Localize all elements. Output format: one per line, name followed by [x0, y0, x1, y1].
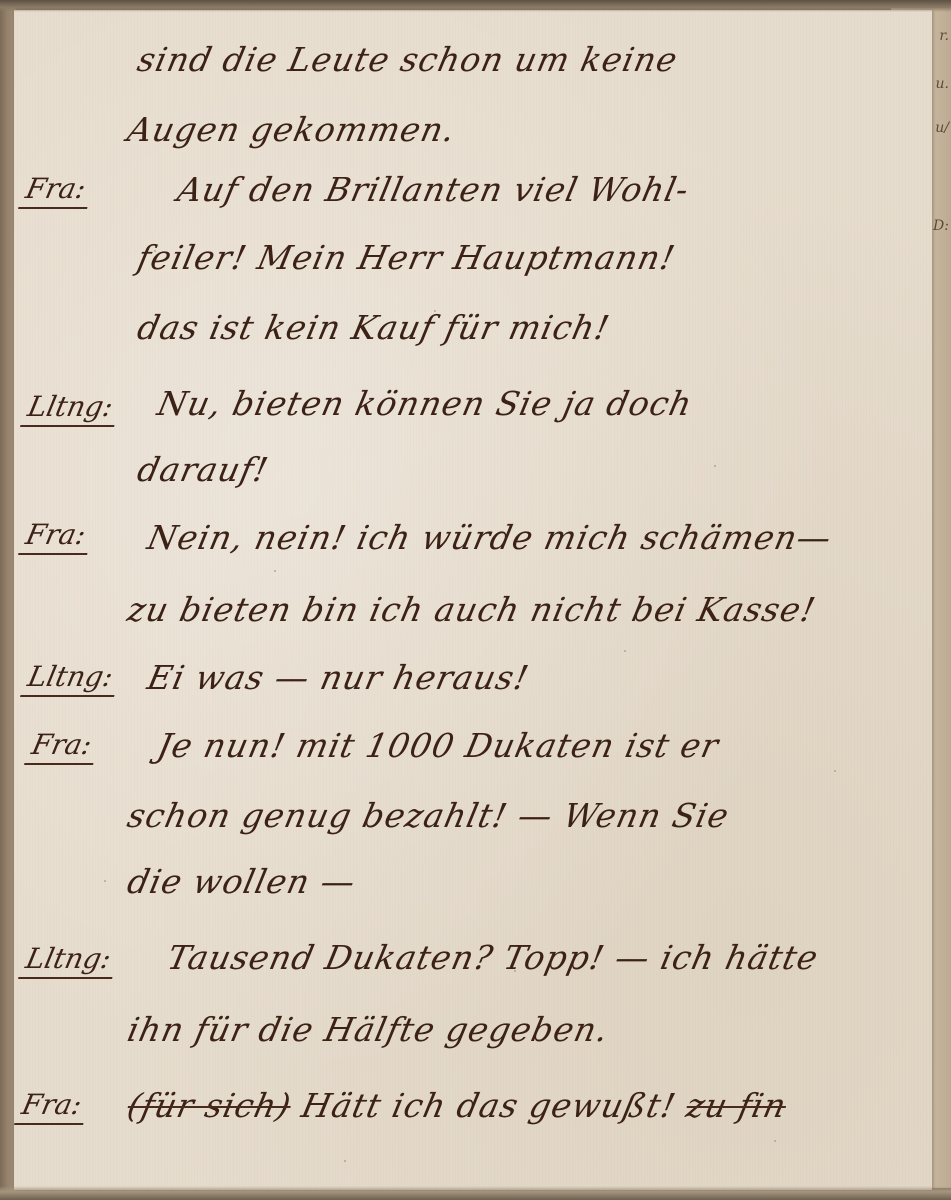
text-line: darauf! — [134, 450, 272, 489]
adjacent-page-fragment: u. — [936, 76, 949, 92]
adjacent-page-fragment: D: — [933, 218, 949, 234]
adjacent-page-fragment: u/ — [935, 120, 949, 136]
text-line: ihn für die Hälfte gegeben. — [124, 1010, 612, 1049]
line-text: Hätt ich das gewußt! — [298, 1086, 679, 1125]
text-line: (für sich) Hätt ich das gewußt! zu fin — [124, 1086, 790, 1125]
struck-word: zu fin — [683, 1086, 790, 1125]
manuscript-scan: r. u. u/ D: sind die Leute schon um kein… — [0, 0, 951, 1200]
text-line: sind die Leute schon um keine — [134, 40, 682, 79]
struck-stage-direction: (für sich) — [124, 1086, 295, 1125]
text-line: schon genug bezahlt! — Wenn Sie — [124, 796, 733, 835]
manuscript-page: sind die Leute schon um keine Augen geko… — [14, 10, 932, 1190]
text-line: Tausend Dukaten? Topp! — ich hätte — [164, 938, 822, 977]
text-line: die wollen — — [124, 862, 359, 901]
adjacent-page-fragment: r. — [939, 28, 949, 44]
text-line: Je nun! mit 1000 Dukaten ist er — [154, 726, 723, 765]
speaker-label: Lltng: — [20, 660, 122, 697]
text-line: Ei was — nur heraus! — [144, 658, 533, 697]
speaker-label: Fra: — [18, 518, 95, 555]
text-line: feiler! Mein Herr Hauptmann! — [134, 238, 679, 277]
speaker-label: Lltng: — [20, 390, 122, 427]
speaker-label: Fra: — [18, 172, 95, 209]
text-line: zu bieten bin ich auch nicht bei Kasse! — [124, 590, 820, 629]
page-bottom-shadow — [0, 1186, 951, 1200]
speaker-label: Lltng: — [18, 942, 120, 979]
text-line: Augen gekommen. — [124, 110, 459, 149]
text-line: das ist kein Kauf für mich! — [134, 308, 613, 347]
text-line: Nu, bieten können Sie ja doch — [154, 384, 696, 423]
text-line: Auf den Brillanten viel Wohl- — [174, 170, 693, 209]
speaker-label: Fra: — [24, 728, 101, 765]
speaker-label: Fra: — [14, 1088, 91, 1125]
page-top-shadow — [0, 0, 951, 12]
text-line: Nein, nein! ich würde mich schämen— — [144, 518, 836, 557]
